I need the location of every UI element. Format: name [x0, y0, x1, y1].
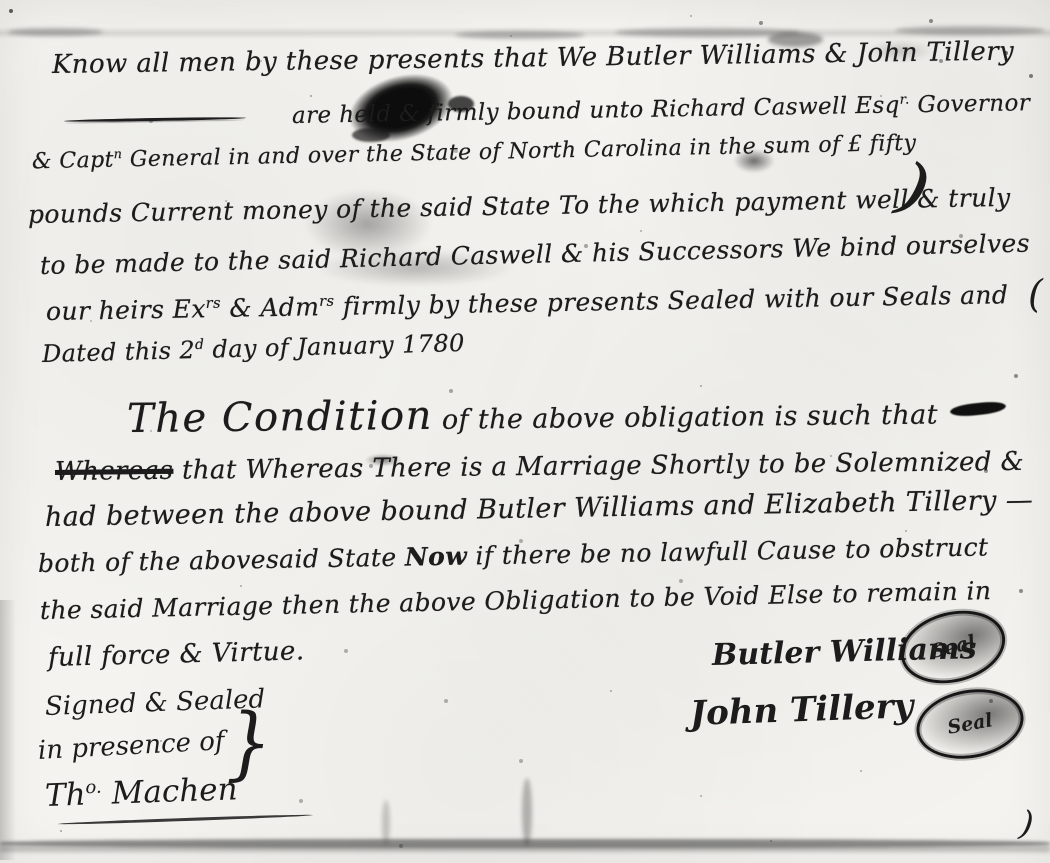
manuscript-line: The Condition of the above obligation is…	[127, 388, 938, 442]
manuscript-line: & Captn General in and over the State of…	[32, 130, 917, 174]
ink-blot	[352, 128, 390, 142]
heavy-dash-stroke	[950, 400, 1007, 418]
seal-label: Seal	[928, 631, 977, 663]
wax-seal-scribble: Seal	[893, 600, 1013, 694]
seal-label: Seal	[946, 709, 994, 739]
scanned-marriage-bond-page: ) ( ) Know all men by these presents tha…	[0, 0, 1050, 863]
manuscript-line: our heirs Exrs & Admrs firmly by these p…	[46, 280, 1009, 326]
paper-speckles	[0, 0, 2, 2]
manuscript-line: Whereas that Whereas There is a Marriage…	[55, 447, 1024, 487]
manuscript-line: full force & Virtue.	[48, 636, 305, 673]
manuscript-line: had between the above bound Butler Willi…	[45, 485, 1034, 533]
vertical-crease	[382, 800, 390, 846]
pen-flourish: (	[1028, 272, 1043, 316]
bottom-paper-edge-shadow	[0, 846, 1050, 852]
manuscript-line: the said Marriage then the above Obligat…	[40, 576, 992, 625]
attestation-line-in-presence-of: in presence of	[37, 726, 225, 766]
crease-smudge	[455, 31, 585, 39]
indent-dash-stroke	[64, 116, 246, 122]
crease-smudge	[8, 28, 103, 36]
manuscript-line: Know all men by these presents that We B…	[52, 37, 1015, 80]
signature-john-tillery: John Tillery	[689, 686, 914, 734]
left-paper-edge-shadow	[0, 600, 16, 860]
manuscript-line: Dated this 2d day of January 1780	[42, 329, 465, 368]
pen-flourish: )	[1017, 803, 1036, 844]
crease-smudge	[895, 26, 1045, 35]
signature-flourish	[58, 814, 313, 826]
manuscript-line: both of the abovesaid State Now if there…	[38, 532, 989, 578]
manuscript-line: to be made to the said Richard Caswell &…	[40, 229, 1031, 280]
wax-seal-scribble: Seal	[911, 681, 1029, 767]
vertical-crease	[522, 778, 532, 846]
manuscript-line: pounds Current money of the said State T…	[28, 183, 1011, 229]
witness-signature: Tho. Machen	[44, 771, 238, 814]
